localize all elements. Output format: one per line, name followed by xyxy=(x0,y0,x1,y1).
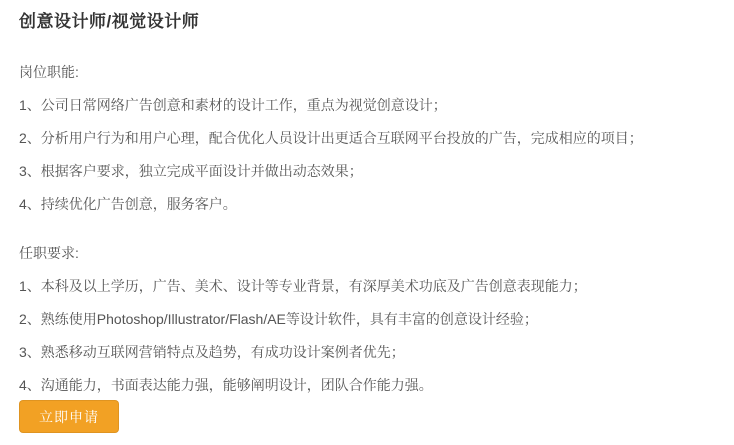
job-functions-heading: 岗位职能: xyxy=(19,62,710,82)
job-functions-section: 岗位职能: 1、公司日常网络广告创意和素材的设计工作，重点为视觉创意设计； 2、… xyxy=(19,62,710,214)
job-requirement-item-2: 2、熟练使用Photoshop/Illustrator/Flash/AE等设计软… xyxy=(19,309,710,329)
job-function-item-4: 4、持续优化广告创意，服务客户。 xyxy=(19,194,710,214)
job-title: 创意设计师/视觉设计师 xyxy=(19,12,710,32)
job-requirement-item-1: 1、本科及以上学历，广告、美术、设计等专业背景，有深厚美术功底及广告创意表现能力… xyxy=(19,276,710,296)
job-requirement-item-3: 3、熟悉移动互联网营销特点及趋势，有成功设计案例者优先； xyxy=(19,342,710,362)
job-function-item-1: 1、公司日常网络广告创意和素材的设计工作，重点为视觉创意设计； xyxy=(19,95,710,115)
job-requirements-section: 任职要求: 1、本科及以上学历，广告、美术、设计等专业背景，有深厚美术功底及广告… xyxy=(19,243,710,395)
job-requirement-item-4: 4、沟通能力，书面表达能力强，能够阐明设计，团队合作能力强。 xyxy=(19,375,710,395)
job-function-item-3: 3、根据客户要求，独立完成平面设计并做出动态效果； xyxy=(19,161,710,181)
job-description-panel: 创意设计师/视觉设计师 岗位职能: 1、公司日常网络广告创意和素材的设计工作，重… xyxy=(0,0,734,445)
apply-now-button[interactable]: 立即申请 xyxy=(19,400,119,433)
job-function-item-2: 2、分析用户行为和用户心理，配合优化人员设计出更适合互联网平台投放的广告，完成相… xyxy=(19,128,710,148)
job-requirements-heading: 任职要求: xyxy=(19,243,710,263)
